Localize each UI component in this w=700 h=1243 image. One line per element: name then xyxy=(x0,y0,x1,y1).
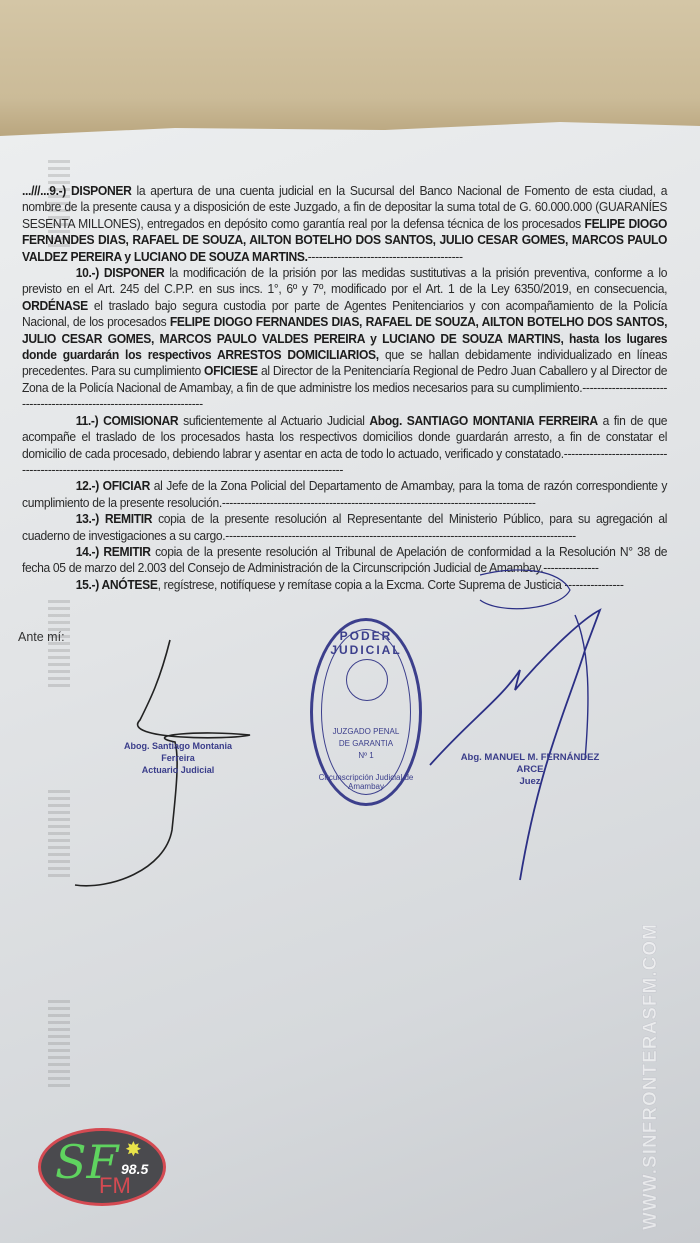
stamp-bottom-text: Circunscripción Judicial de Amambay xyxy=(313,773,419,791)
microphone-star-icon: ✸ xyxy=(125,1137,142,1162)
court-stamp: PODER JUDICIAL JUZGADO PENAL DE GARANTIA… xyxy=(310,618,422,806)
judge-title: Juez xyxy=(455,776,605,788)
logo-fm: FM xyxy=(99,1173,131,1199)
stamp-top-text: PODER JUDICIAL xyxy=(313,629,419,657)
stamp-center-text: JUZGADO PENAL DE GARANTIA Nº 1 xyxy=(313,726,419,762)
actuario-name: Abog. Santiago Montania Ferreira xyxy=(108,740,248,764)
national-seal-icon xyxy=(346,659,388,701)
website-watermark: WWW.SINFRONTERASFM.COM xyxy=(640,923,662,1230)
radio-logo: SF ✸ 98.5 FM xyxy=(38,1128,166,1206)
judge-name: Abg. MANUEL M. FERNÁNDEZ ARCE xyxy=(455,752,605,776)
punch-holes xyxy=(48,1000,70,1090)
judge-signature-block: Abg. MANUEL M. FERNÁNDEZ ARCE Juez xyxy=(455,752,605,788)
actuario-signature-block: Abog. Santiago Montania Ferreira Actuari… xyxy=(108,740,248,776)
actuario-title: Actuario Judicial xyxy=(108,764,248,776)
